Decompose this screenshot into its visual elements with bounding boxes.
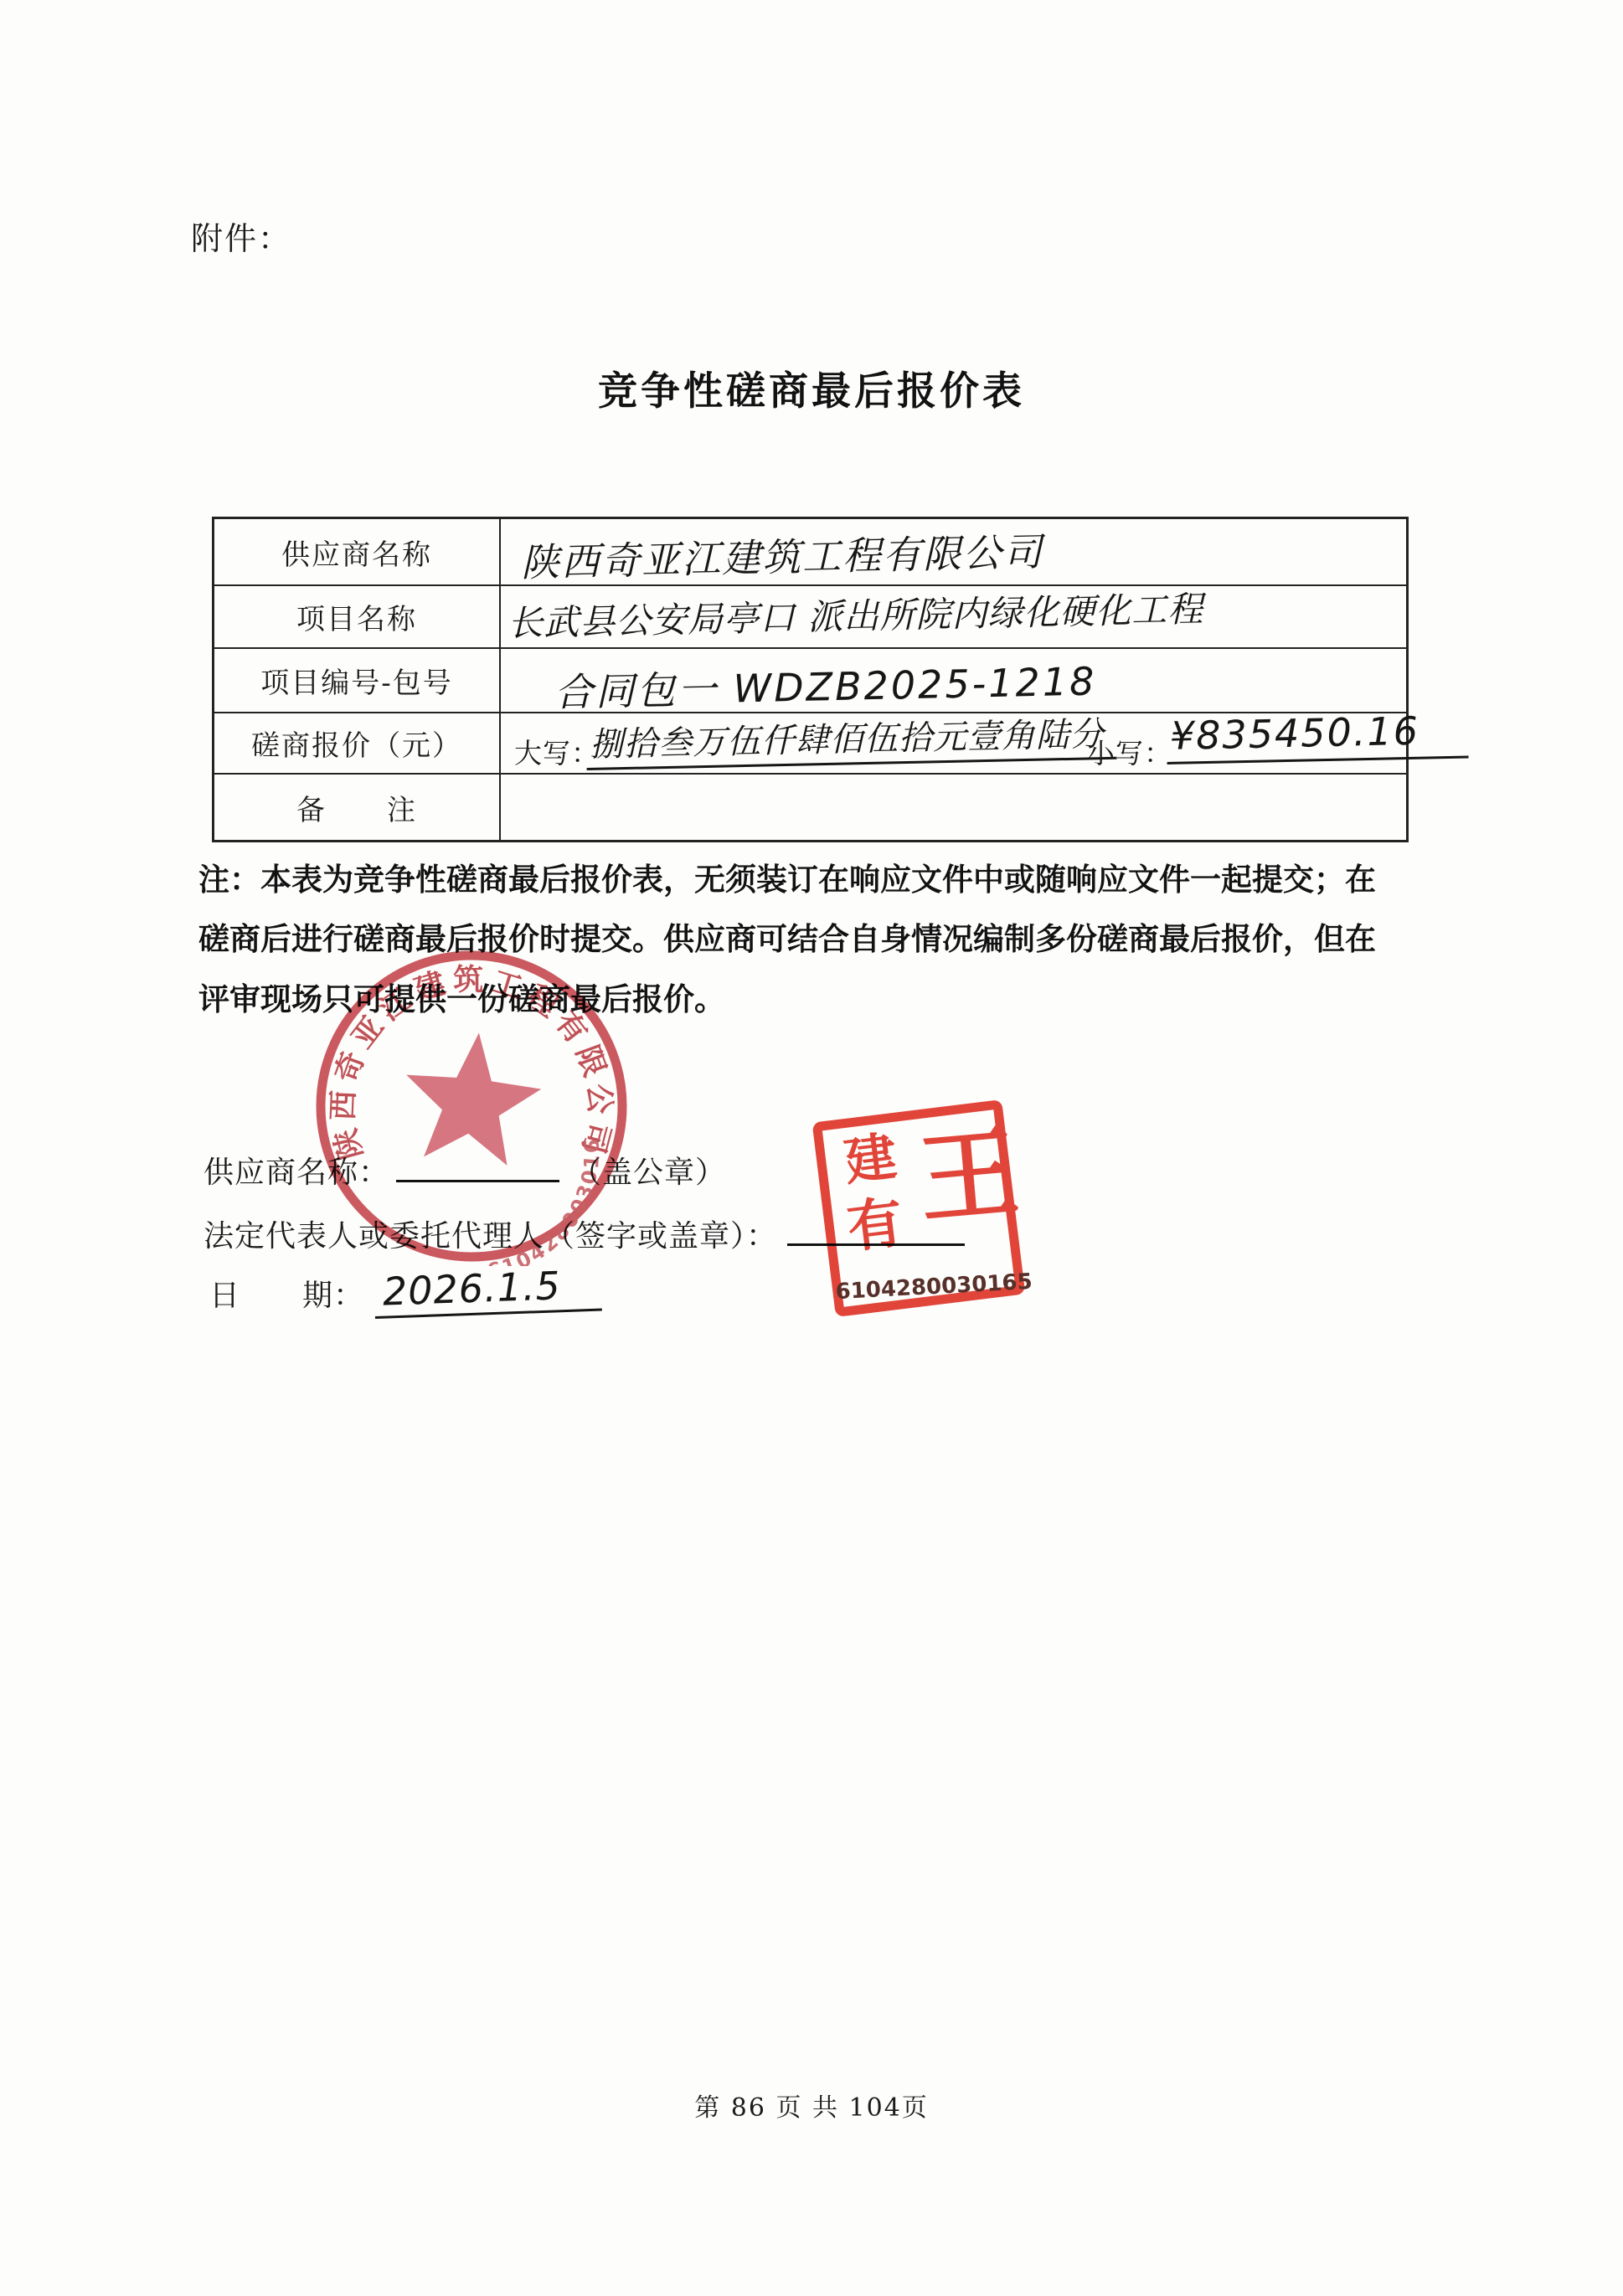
quote-xiaoxie-label: 小写： [1087, 732, 1172, 771]
table-label-supplier: 供应商名称 [214, 519, 501, 586]
table-value-quote: 大写： 捌拾叁万伍仟肆佰伍拾元壹角陆分 小写： ¥835450.16 [501, 713, 1406, 775]
handwritten-package-number: 合同包一 WDZB2025-1218 [554, 651, 1097, 718]
handwritten-project-name: 长武县公安局亭口 派出所院内绿化硬化工程 [507, 582, 1203, 646]
legal-rep-label: 法定代表人或委托代理人（签字或盖章）： [204, 1219, 777, 1254]
note-line-1: 注：本表为竞争性磋商最后报价表，无须装订在响应文件中或随响应文件一起提交；在 [198, 854, 1425, 899]
seal-star-icon [398, 1026, 546, 1168]
seal-id-number: 6104280030165 [835, 1270, 1020, 1305]
date-row: 日 期：2026.1.5 [209, 1269, 601, 1319]
legal-rep-signature-line [787, 1215, 965, 1246]
handwritten-supplier-name: 陕西奇亚江建筑工程有限公司 [520, 522, 1043, 588]
attachment-label: 附件： [191, 213, 291, 259]
table-value-project: 长武县公安局亭口 派出所院内绿化硬化工程 [501, 586, 1406, 649]
table-value-package: 合同包一 WDZB2025-1218 [501, 649, 1406, 713]
table-label-project: 项目名称 [214, 586, 501, 649]
handwritten-date: 2026.1.5 [374, 1262, 602, 1319]
table-label-remark: 备 注 [214, 775, 501, 840]
table-value-remark [501, 775, 1406, 840]
note-line-3: 评审现场只可提供一份磋商最后报价。 [198, 974, 1425, 1019]
quotation-table: 供应商名称 陕西奇亚江建筑工程有限公司 项目名称 长武县公安局亭口 派出所院内绿… [212, 517, 1409, 842]
table-value-supplier: 陕西奇亚江建筑工程有限公司 [501, 519, 1406, 586]
supplier-signature-line [396, 1151, 559, 1182]
handwritten-quote-xiaoxie: ¥835450.16 [1166, 707, 1468, 764]
supplier-signature-label: 供应商名称： [204, 1156, 389, 1190]
square-name-seal: 建 有 王 6104280030165 [812, 1099, 1026, 1317]
table-label-package: 项目编号-包号 [214, 649, 501, 713]
seal-note-label: （盖公章） [571, 1156, 726, 1190]
handwritten-quote-daxie: 捌拾叁万伍仟肆佰伍拾元壹角陆分 [585, 708, 1116, 770]
note-line-2: 磋商后进行磋商最后报价时提交。供应商可结合自身情况编制多份磋商最后报价，但在 [198, 914, 1425, 959]
table-label-quote: 磋商报价（元） [214, 713, 501, 775]
date-label: 日 期： [209, 1279, 364, 1313]
legal-rep-signature-row: 法定代表人或委托代理人（签字或盖章）： [204, 1212, 965, 1255]
page-title: 竞争性磋商最后报价表 [0, 360, 1623, 416]
seal-char-jian: 建 [842, 1130, 899, 1188]
scanned-document-page: 附件： 竞争性磋商最后报价表 供应商名称 陕西奇亚江建筑工程有限公司 项目名称 … [0, 0, 1623, 2296]
supplier-signature-row: 供应商名称：（盖公章） [204, 1149, 726, 1192]
page-number-footer: 第 86 页 共 104页 [0, 2087, 1623, 2124]
